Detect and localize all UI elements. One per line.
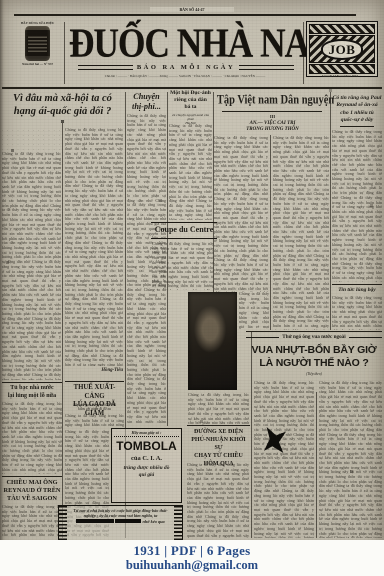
tombola-line1: Hãy mua giấy số : [114, 430, 179, 437]
top-rule [14, 14, 356, 16]
photo-caption-text: Chúng ta đã thấy rằng trong lúc nầy việc… [188, 393, 249, 425]
body-text: Chúng ta đã thấy rằng trong lúc nầy việc… [187, 463, 249, 538]
footer-meta: 1931 | PDF | 6 Pages [133, 543, 250, 558]
redacted-bar [76, 519, 114, 523]
body-text: Chúng ta đã thấy rằng trong lúc nầy việc… [2, 402, 62, 474]
body-text: Chúng ta đã thấy rằng trong lúc nầy việc… [65, 128, 123, 366]
body-text: Chúng ta đã thấy rằng trong lúc nầy việc… [65, 414, 124, 427]
subhead-thue: Bây giờ gạo trắng mỗi tạ 100 kilos chỉ g… [65, 403, 124, 412]
column-rule [270, 135, 271, 330]
tombola-line3: của C. I. A. [112, 454, 181, 463]
theatre-notice: Từ nay ở nhà hát tây có cuộc hát giúp đồ… [58, 505, 183, 541]
statue-photo [188, 292, 237, 390]
masthead-divider-left [64, 22, 65, 84]
body-text: Chúng ta đã thấy rằng trong lúc nầy việc… [239, 292, 269, 330]
body-text: Chúng ta đã thấy rằng trong lúc nầy việc… [169, 124, 212, 220]
issue-number: Năm thứ hai — N° 937 [13, 62, 62, 66]
masthead-bottom-rule [2, 87, 382, 89]
redacted-bar [115, 519, 141, 523]
headline-tintuc: Tin tức lùng bậy [332, 287, 382, 294]
body-text: Chúng ta đã thấy rằng trong lúc nầy việc… [2, 505, 62, 538]
section-rule [2, 382, 62, 383]
job-ad-center: JOB [309, 35, 375, 63]
milk-ad-caption: HÃY DÙNG SỮA HIỆU [13, 21, 62, 25]
headline-tram: ĐƯỜNG XE ĐIỆN PHÚ-NHUẬN KHỞI SỰ CHẠY TỪ … [187, 428, 250, 468]
section-rule [2, 476, 62, 477]
job-ad: JOB [306, 21, 378, 77]
byline: Hồng-Tiêu [65, 368, 123, 373]
ticket-edge-right [174, 506, 182, 540]
masthead-title-wrap: ĐUỐC NHÀ NAM [69, 23, 303, 63]
headline-coupe: Coupe du Centre [151, 222, 217, 239]
job-ad-ornament-bottom [309, 64, 375, 74]
tagline-text: BÁO RA MỖI NGÀY [137, 64, 235, 71]
ticket-text: Từ nay ở nhà hát tây có cuộc hát giúp đồ… [67, 506, 174, 540]
section-rule [65, 381, 124, 382]
headline-underline [340, 126, 374, 127]
continued-marker: (Tiếp theo) [246, 372, 382, 376]
body-text: Chúng ta đã thấy rằng trong lúc nầy việc… [332, 130, 382, 282]
tombola-title: TOMBOLA [112, 439, 181, 454]
ticket-text-start: Từ nay ở nhà hát tây có cuộc hát giúp đồ… [73, 508, 168, 518]
column-rule [62, 120, 63, 538]
column-rule [316, 392, 317, 538]
date-line: Samedi 14 Novembre 1931 [304, 74, 376, 78]
body-text: Chúng ta đã thấy rằng trong lúc nầy việc… [254, 381, 314, 538]
kicker-row: Thử ngó ông vua nước ngoài [246, 334, 382, 340]
headline-aiquoc: Vì đâu mà xã-hội ta có hạng ái-quốc giả … [2, 93, 123, 118]
headline-tubac: Tủ bạc nhà nước lại lủng một lỗ nữa [2, 385, 62, 400]
ticket-edge-left [59, 506, 67, 540]
section-rule [187, 425, 250, 426]
tagline-row: BÁO RA MỖI NGÀY [78, 64, 294, 71]
body-text: Chúng ta đã thấy rằng trong lúc nầy việc… [152, 242, 214, 290]
issue-strip: BẢN SỐ 44-47 [150, 7, 234, 12]
body-text: Chúng ta đã thấy rằng trong lúc nầy việc… [319, 381, 382, 538]
body-text: Chúng ta đã thấy rằng trong lúc nầy việc… [2, 152, 61, 380]
headline-thiphi: Chuyện thị-phi... [127, 92, 166, 111]
headline-reynaud-return: CHIỀU MAI ÔNG REYNAUD Ở TRÊN TÀU VỀ SAIG… [2, 479, 62, 503]
newspaper-page: BẢN SỐ 44-47 HÃY DÙNG SỮA HIỆU Năm thứ h… [0, 0, 384, 576]
digitizer-footer: 1931 | PDF | 6 Pages buihuuhanh@gmail.co… [0, 540, 384, 576]
footer-email: buihuuhanh@gmail.com [126, 558, 258, 573]
admin-line: Chủ-bút : ——— · BÁO-QUÁN : ——— đường ———… [66, 74, 304, 78]
milk-ad: HÃY DÙNG SỮA HIỆU Năm thứ hai — N° 937 [13, 21, 62, 82]
tombola-line4: trúng được nhiều đồ quí giá [112, 465, 181, 478]
milk-can-image [25, 26, 50, 61]
tombola-ad: Hãy mua giấy số : TOMBOLA của C. I. A. t… [111, 428, 182, 503]
job-ad-ornament-top [309, 24, 375, 34]
kicker-nhatbon: Thử ngó ông vua nước ngoài [282, 334, 345, 340]
headline-ducanh: Một hội Đục-ảnh riêng của dân bá ta [169, 90, 212, 111]
body-text: Chúng ta đã thấy rằng trong lúc nầy việc… [332, 296, 382, 330]
censored-lines: . . . . . . . . . . . . . . . . . . . . … [2, 128, 61, 150]
section-marker: III [214, 114, 331, 119]
headline-nhatbon: VUA NHỰT-BỔN BẦY GIỜ LÀ NGƯỜI THẾ NÀO ? [246, 344, 382, 370]
section-marker: II [2, 119, 123, 124]
newspaper-title: ĐUỐC NHÀ NAM [69, 20, 298, 66]
subhead-dannguyen: AN.— VIỆC CAI TRỊ TRONG HƯƠNG THÔN [214, 121, 331, 133]
scan-edge-shadow [0, 0, 4, 540]
scan-specks [0, 0, 1, 1]
headline-dannguyen: Tập Việt nam Dân nguyện [217, 93, 328, 107]
headline-underline [222, 111, 322, 112]
section-rule [246, 331, 382, 332]
body-text: Chúng ta đã thấy rằng trong lúc nầy việc… [214, 136, 268, 292]
ticket-text-end: nhớ kéo qua [143, 519, 165, 524]
section-rule [332, 284, 382, 285]
headline-reynaud-amnesty: Có tin rằng ông Paul Reynaud sẽ ân-xá ch… [332, 95, 382, 125]
body-text: Chúng ta đã thấy rằng trong lúc nầy việc… [273, 136, 329, 330]
job-ad-label: JOB [321, 39, 364, 60]
